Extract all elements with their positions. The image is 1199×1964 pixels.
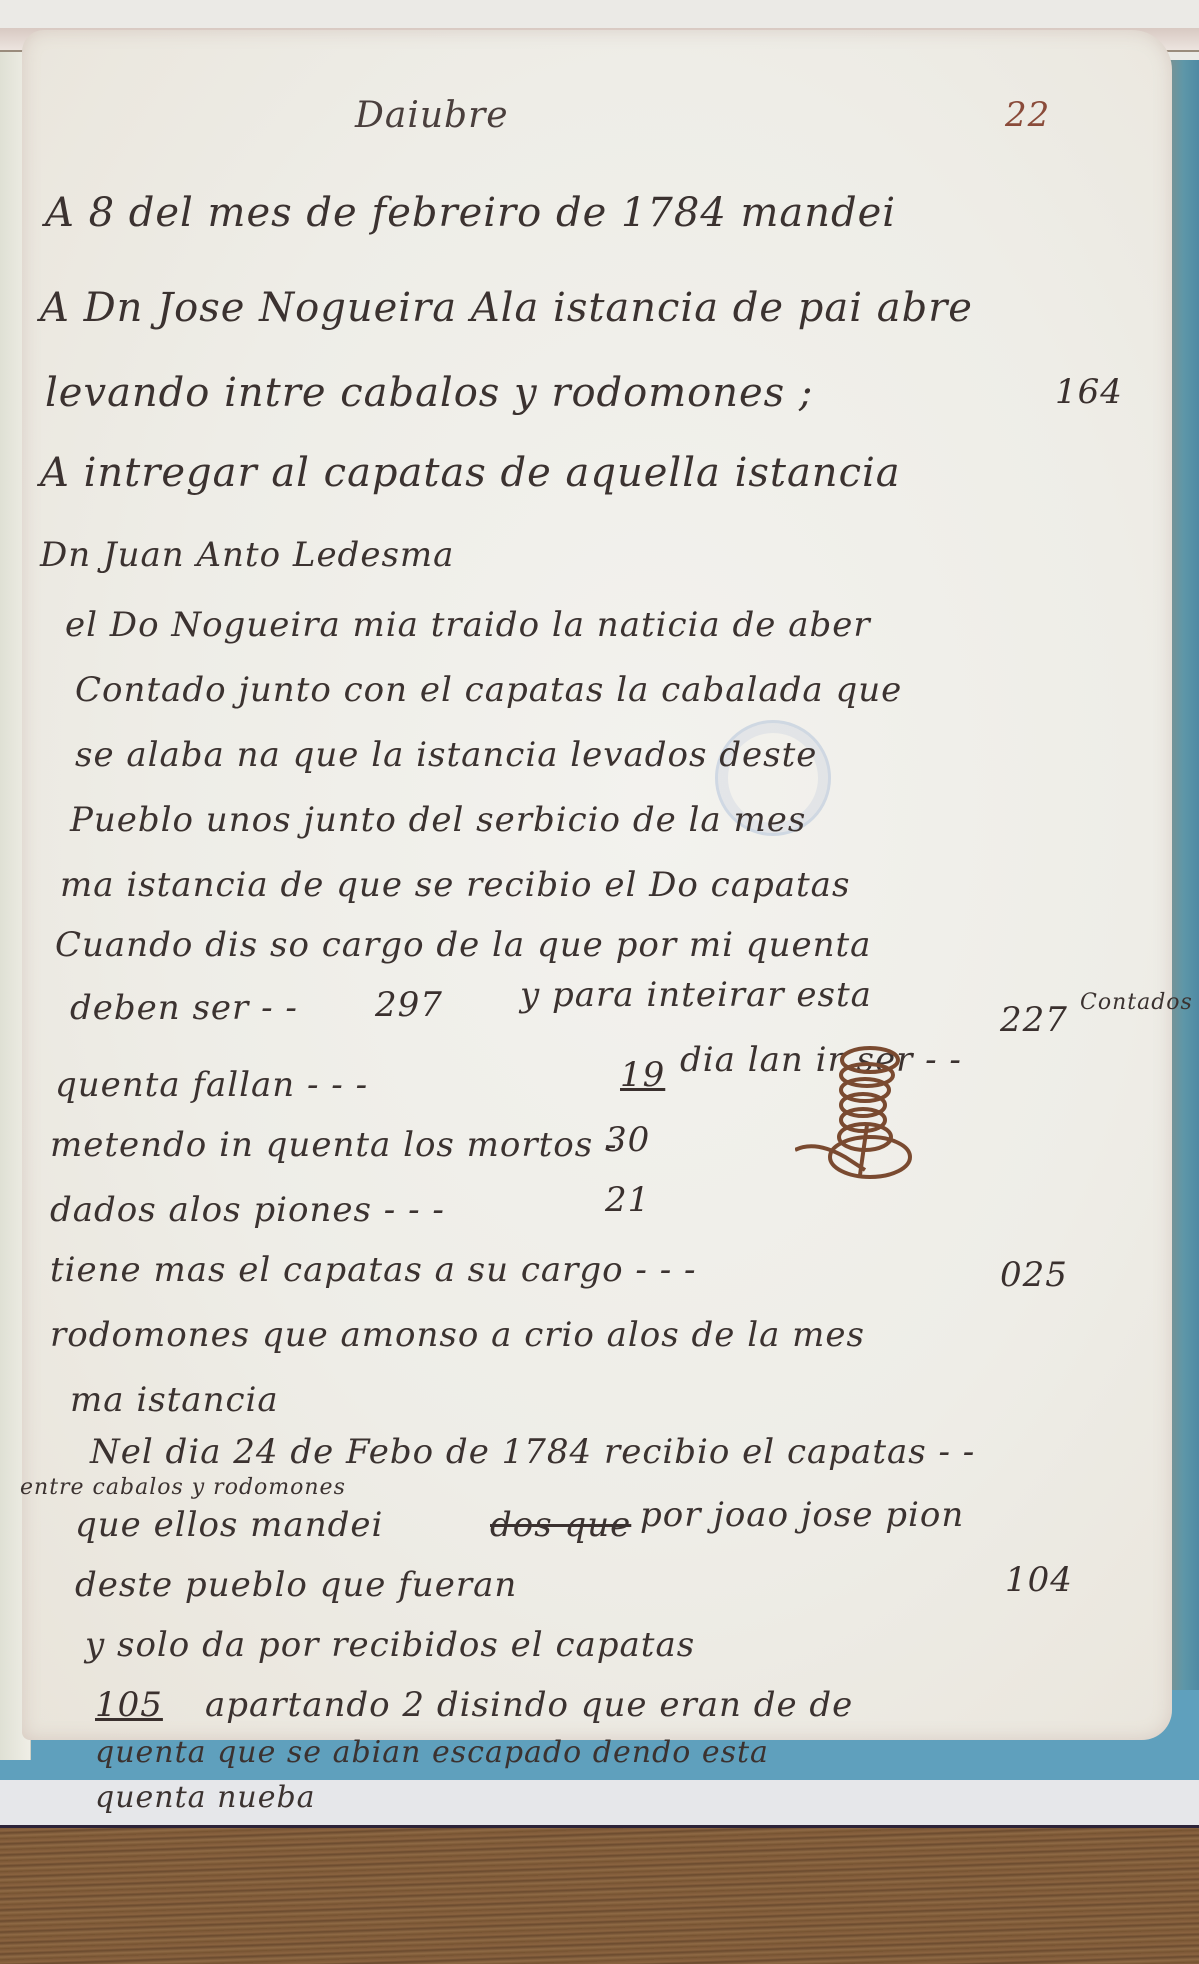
line-13: quenta fallan - - - [55,1065,368,1105]
amount-30: 30 [605,1120,650,1160]
line-4: A intregar al capatas de aquella istanci… [40,450,901,496]
line-22: y solo da por recibidos el capatas [85,1625,695,1665]
line-19: Nel dia 24 de Febo de 1784 recibio el ca… [90,1432,975,1472]
line-7: Contado junto con el capatas la cabalada… [75,670,902,710]
amount-104: 104 [1005,1560,1073,1600]
line-8: se alaba na que la istancia levados dest… [75,735,817,775]
line-21: deste pueblo que fueran [75,1565,517,1605]
amount-227: 227 [1000,1000,1068,1040]
line-12: deben ser - - [70,988,298,1028]
amount-105: 105 [95,1685,163,1725]
wooden-surface [0,1825,1199,1964]
line-16: tiene mas el capatas a su cargo - - - [50,1250,697,1290]
spiral-doodle [795,1045,925,1185]
line-18: ma istancia [70,1380,279,1420]
page-heading: Daiubre [355,95,509,136]
line-17: rodomones que amonso a crio alos de la m… [50,1315,865,1355]
line-1: A 8 del mes de febreiro de 1784 mandei [45,190,896,236]
line-25: quenta nueba [95,1780,316,1815]
interlinear-note: entre cabalos y rodomones [20,1475,346,1500]
line-10: ma istancia de que se recibio el Do capa… [60,865,850,905]
line-15: dados alos piones - - - [50,1190,445,1230]
page-number: 22 [1005,95,1050,135]
amount-297: 297 [375,985,443,1025]
line-20-continuation: por joao jose pion [640,1495,964,1535]
line-23: apartando 2 disindo que eran de de [205,1685,853,1725]
amount-21: 21 [605,1180,650,1220]
line-20: que ellos mandei [75,1505,383,1545]
line-3: levando intre cabalos y rodomones ; [45,370,813,416]
amount-025: 025 [1000,1255,1068,1295]
line-11: Cuando dis so cargo de la que por mi que… [55,925,871,965]
amount-19: 19 [620,1055,665,1095]
struck-text: dos que [490,1505,631,1545]
note-contados: Contados [1080,990,1193,1015]
line-12-continuation: y para inteirar esta [520,975,872,1015]
amount-164: 164 [1055,372,1123,412]
line-5: Dn Juan Anto Ledesma [40,535,454,575]
line-2: A Dn Jose Nogueira Ala istancia de pai a… [40,285,973,331]
line-14: metendo in quenta los mortos - [50,1125,618,1165]
line-6: el Do Nogueira mia traido la naticia de … [65,605,871,645]
line-9: Pueblo unos junto del serbicio de la mes [70,800,806,840]
line-24: quenta que se abian escapado dendo esta [95,1735,769,1770]
